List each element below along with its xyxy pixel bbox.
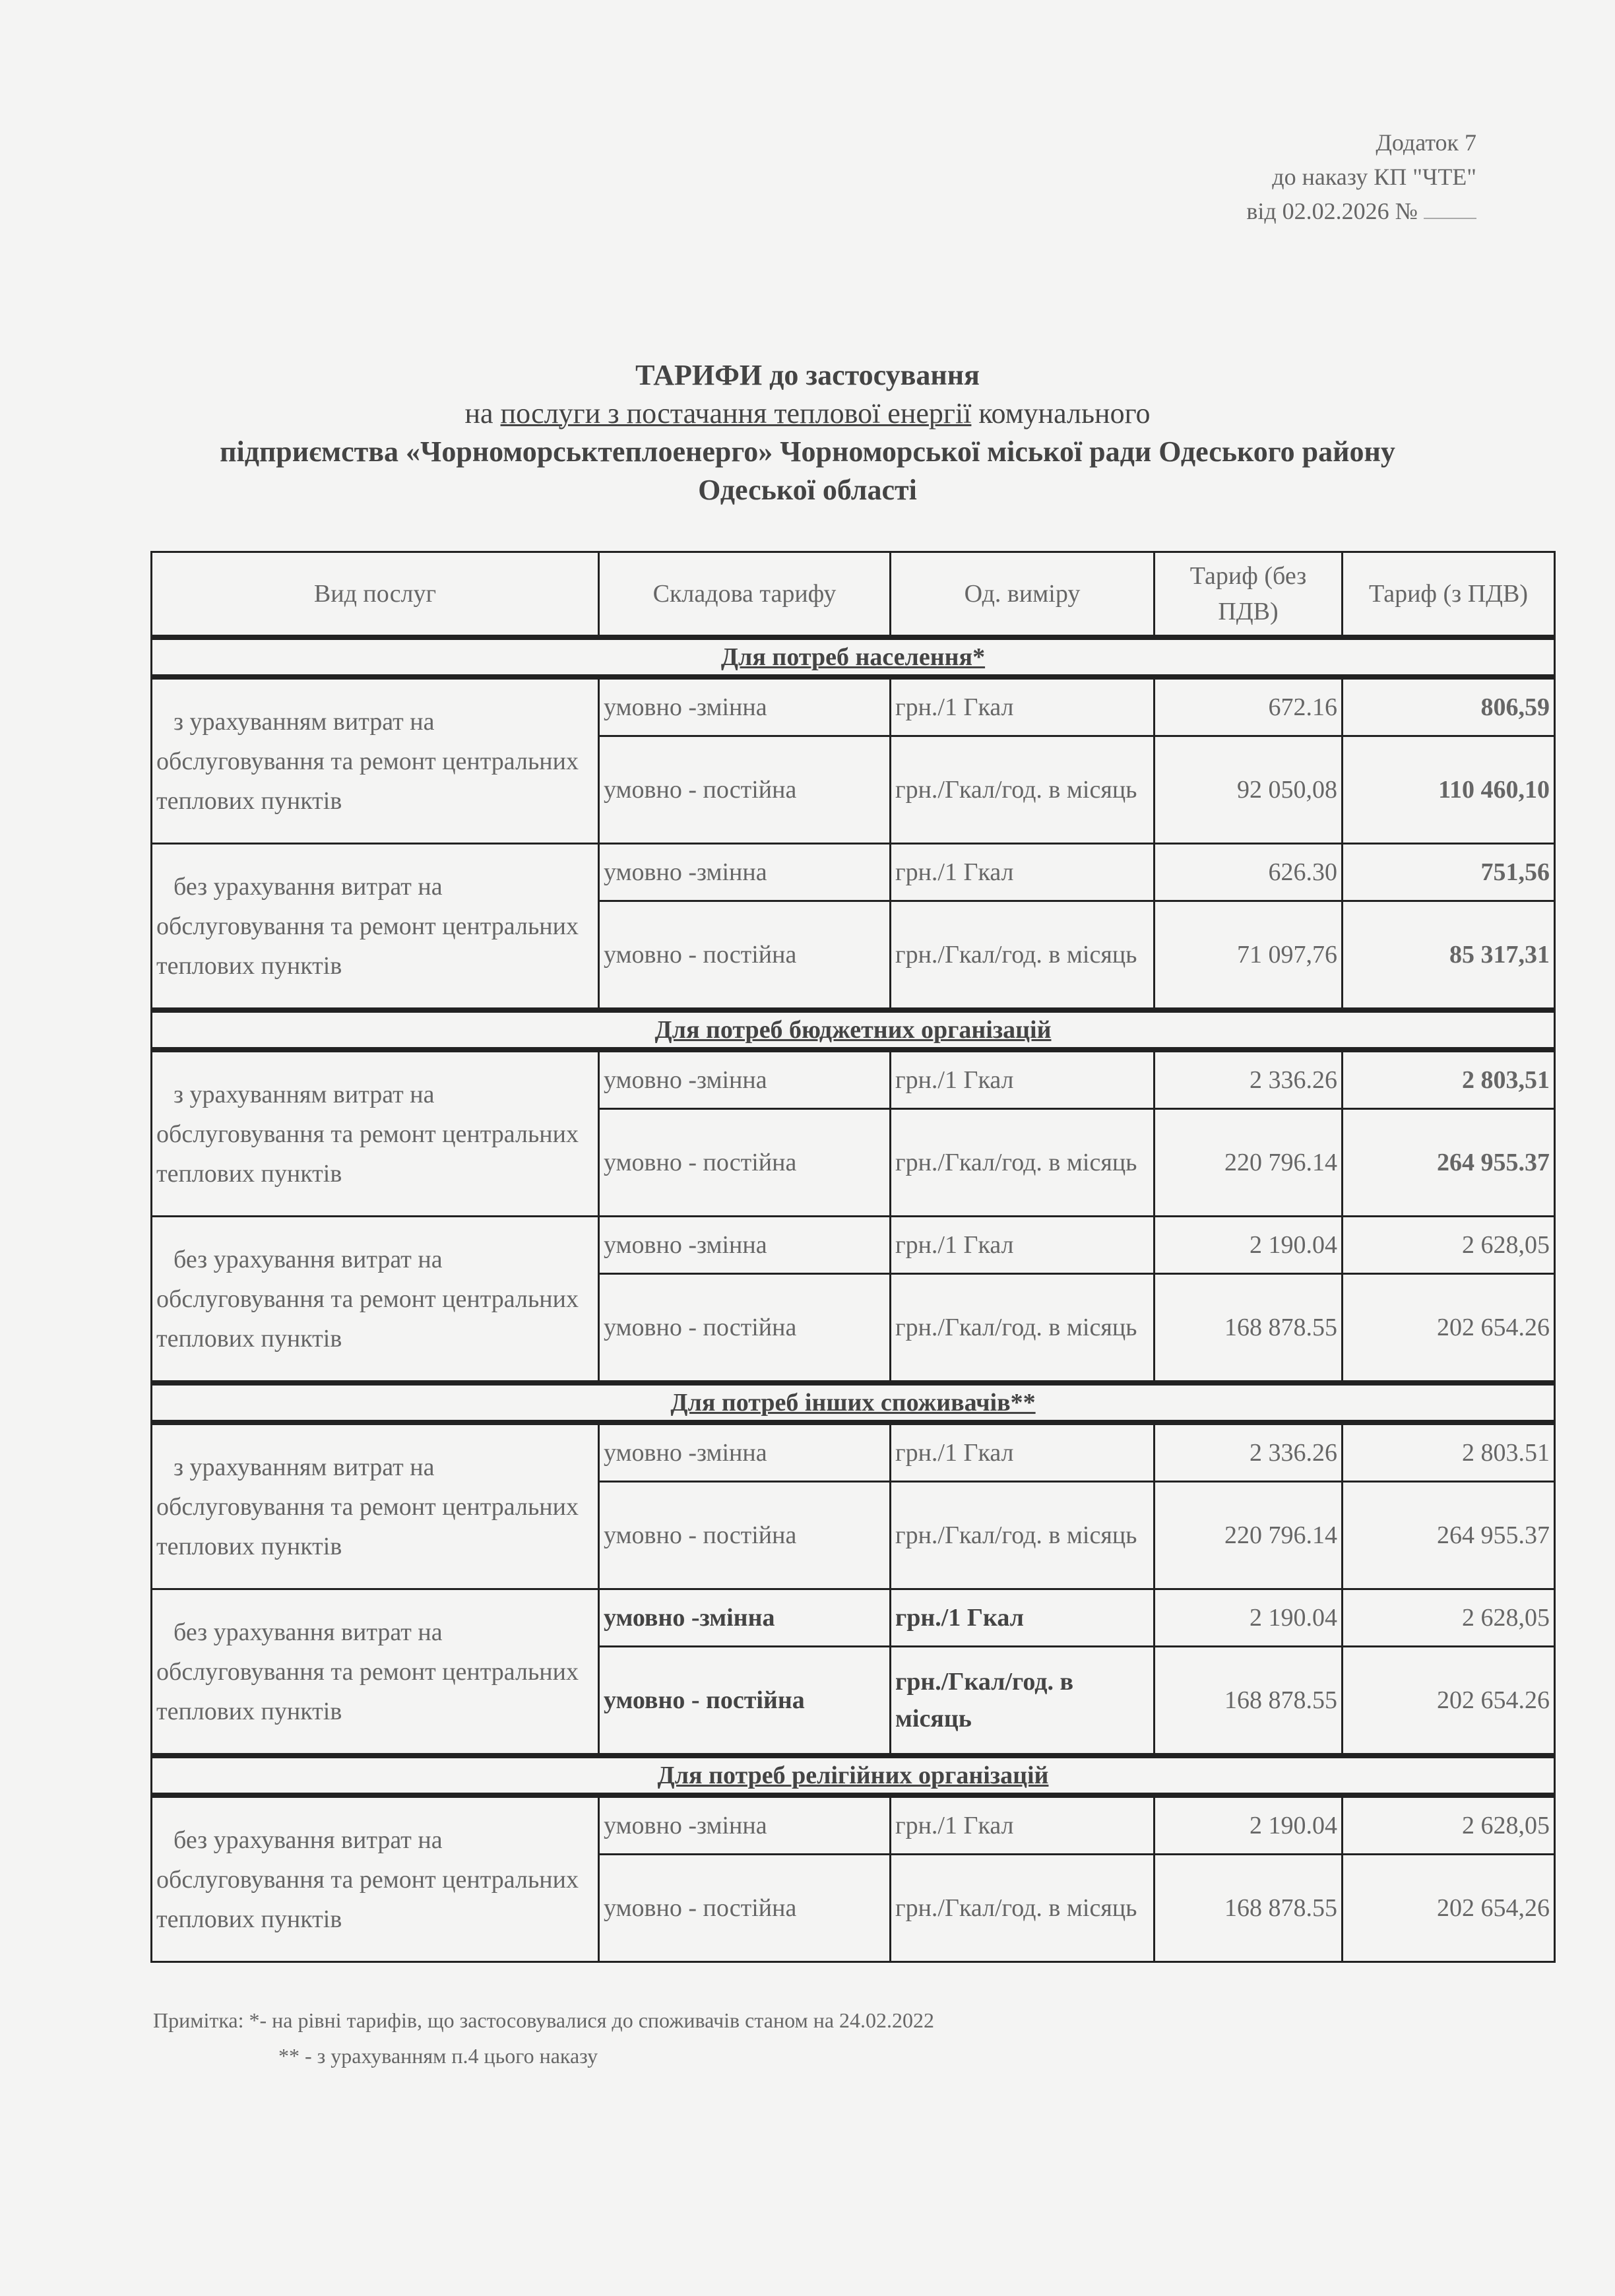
tariff-without-vat-cell: 168 878.55 [1155,1274,1343,1384]
tariff-component-cell: умовно - постійна [599,1855,891,1962]
tariff-without-vat-cell: 672.16 [1155,677,1343,736]
service-type-cell: без урахування витрат наобслуговування т… [152,844,599,1011]
tariff-with-vat-cell: 806,59 [1343,677,1555,736]
tariff-without-vat-cell: 220 796.14 [1155,1482,1343,1589]
tariff-with-vat-cell: 202 654,26 [1343,1855,1555,1962]
tariff-with-vat-cell: 264 955.37 [1343,1109,1555,1217]
tariff-component-cell: умовно - постійна [599,1274,891,1384]
table-row: з урахуванням витрат наобслуговування та… [152,1050,1555,1109]
table-row: без урахування витрат наобслуговування т… [152,1217,1555,1274]
document-title: ТАРИФИ до застосування на послуги з пост… [0,356,1615,509]
unit-cell: грн./1 Гкал [891,1422,1155,1482]
tariff-without-vat-cell: 220 796.14 [1155,1109,1343,1217]
note-1: Примітка: *- на рівні тарифів, що застос… [153,2002,934,2038]
section-title: Для потреб інших споживачів** [152,1383,1555,1422]
service-type-cell: без урахування витрат наобслуговування т… [152,1795,599,1962]
tariff-with-vat-cell: 2 628,05 [1343,1589,1555,1647]
unit-cell: грн./1 Гкал [891,1795,1155,1855]
tariff-component-cell: умовно - постійна [599,1482,891,1589]
table-row: без урахування витрат наобслуговування т… [152,1589,1555,1647]
tariff-with-vat-cell: 2 628,05 [1343,1217,1555,1274]
header-service-type: Вид послуг [152,552,599,638]
tariff-component-cell: умовно - постійна [599,1647,891,1756]
tariff-without-vat-cell: 2 190.04 [1155,1589,1343,1647]
tariffs-table: Вид послуг Складова тарифу Од. виміру Та… [150,551,1556,1963]
tariff-without-vat-cell: 92 050,08 [1155,736,1343,844]
table-row: з урахуванням витрат наобслуговування та… [152,677,1555,736]
annex-reference: Додаток 7 до наказу КП "ЧТЕ" від 02.02.2… [1246,125,1476,228]
service-type-cell: з урахуванням витрат наобслуговування та… [152,1050,599,1217]
unit-cell: грн./Гкал/год. в місяць [891,1647,1155,1756]
table-row: без урахування витрат наобслуговування т… [152,844,1555,901]
tariff-without-vat-cell: 626.30 [1155,844,1343,901]
tariff-component-cell: умовно -змінна [599,1050,891,1109]
section-title: Для потреб населення* [152,637,1555,677]
tariff-without-vat-cell: 2 336.26 [1155,1422,1343,1482]
unit-cell: грн./1 Гкал [891,677,1155,736]
unit-cell: грн./Гкал/год. в місяць [891,1855,1155,1962]
tariff-component-cell: умовно -змінна [599,1217,891,1274]
header-tariff-without-vat: Тариф (без ПДВ) [1155,552,1343,638]
service-type-cell: без урахування витрат наобслуговування т… [152,1589,599,1756]
section-title: Для потреб бюджетних організацій [152,1010,1555,1050]
table-row: з урахуванням витрат наобслуговування та… [152,1422,1555,1482]
service-type-cell: без урахування витрат наобслуговування т… [152,1217,599,1384]
header-tariff-component: Складова тарифу [599,552,891,638]
tariff-without-vat-cell: 2 190.04 [1155,1795,1343,1855]
tariff-without-vat-cell: 168 878.55 [1155,1855,1343,1962]
tariff-component-cell: умовно -змінна [599,844,891,901]
tariff-with-vat-cell: 110 460,10 [1343,736,1555,844]
notes: Примітка: *- на рівні тарифів, що застос… [153,2002,934,2074]
section-row: Для потреб релігійних організацій [152,1756,1555,1795]
annex-number: Додаток 7 [1246,125,1476,160]
tariff-with-vat-cell: 264 955.37 [1343,1482,1555,1589]
unit-cell: грн./Гкал/год. в місяць [891,1109,1155,1217]
unit-cell: грн./1 Гкал [891,1050,1155,1109]
annex-order: до наказу КП "ЧТЕ" [1246,160,1476,194]
tariff-component-cell: умовно -змінна [599,1589,891,1647]
unit-cell: грн./Гкал/год. в місяць [891,901,1155,1011]
title-line-2: на послуги з постачання теплової енергії… [0,395,1615,433]
tariff-without-vat-cell: 71 097,76 [1155,901,1343,1011]
title-line-3: підприємства «Чорноморськтеплоенерго» Чо… [0,433,1615,471]
annex-date: від 02.02.2026 № [1246,194,1476,228]
service-type-cell: з урахуванням витрат наобслуговування та… [152,1422,599,1589]
header-tariff-with-vat: Тариф (з ПДВ) [1343,552,1555,638]
unit-cell: грн./Гкал/год. в місяць [891,1482,1155,1589]
tariff-with-vat-cell: 202 654.26 [1343,1274,1555,1384]
tariff-component-cell: умовно - постійна [599,901,891,1011]
tariff-without-vat-cell: 2 190.04 [1155,1217,1343,1274]
section-row: Для потреб населення* [152,637,1555,677]
tariff-component-cell: умовно - постійна [599,736,891,844]
note-2: ** - з урахуванням п.4 цього наказу [153,2038,934,2074]
title-line-4: Одеської області [0,471,1615,509]
tariff-component-cell: умовно -змінна [599,1795,891,1855]
unit-cell: грн./1 Гкал [891,1589,1155,1647]
table-header-row: Вид послуг Складова тарифу Од. виміру Та… [152,552,1555,638]
tariff-with-vat-cell: 202 654.26 [1343,1647,1555,1756]
section-row: Для потреб бюджетних організацій [152,1010,1555,1050]
header-unit: Од. виміру [891,552,1155,638]
service-type-cell: з урахуванням витрат наобслуговування та… [152,677,599,844]
unit-cell: грн./1 Гкал [891,1217,1155,1274]
unit-cell: грн./Гкал/год. в місяць [891,736,1155,844]
section-title: Для потреб релігійних організацій [152,1756,1555,1795]
tariff-component-cell: умовно -змінна [599,677,891,736]
tariff-without-vat-cell: 168 878.55 [1155,1647,1343,1756]
unit-cell: грн./Гкал/год. в місяць [891,1274,1155,1384]
tariff-with-vat-cell: 2 803.51 [1343,1422,1555,1482]
title-line-1: ТАРИФИ до застосування [0,356,1615,395]
tariff-with-vat-cell: 2 803,51 [1343,1050,1555,1109]
tariff-with-vat-cell: 85 317,31 [1343,901,1555,1011]
unit-cell: грн./1 Гкал [891,844,1155,901]
tariff-component-cell: умовно - постійна [599,1109,891,1217]
tariff-with-vat-cell: 2 628,05 [1343,1795,1555,1855]
section-row: Для потреб інших споживачів** [152,1383,1555,1422]
table-row: без урахування витрат наобслуговування т… [152,1795,1555,1855]
tariff-component-cell: умовно -змінна [599,1422,891,1482]
tariff-with-vat-cell: 751,56 [1343,844,1555,901]
tariff-without-vat-cell: 2 336.26 [1155,1050,1343,1109]
